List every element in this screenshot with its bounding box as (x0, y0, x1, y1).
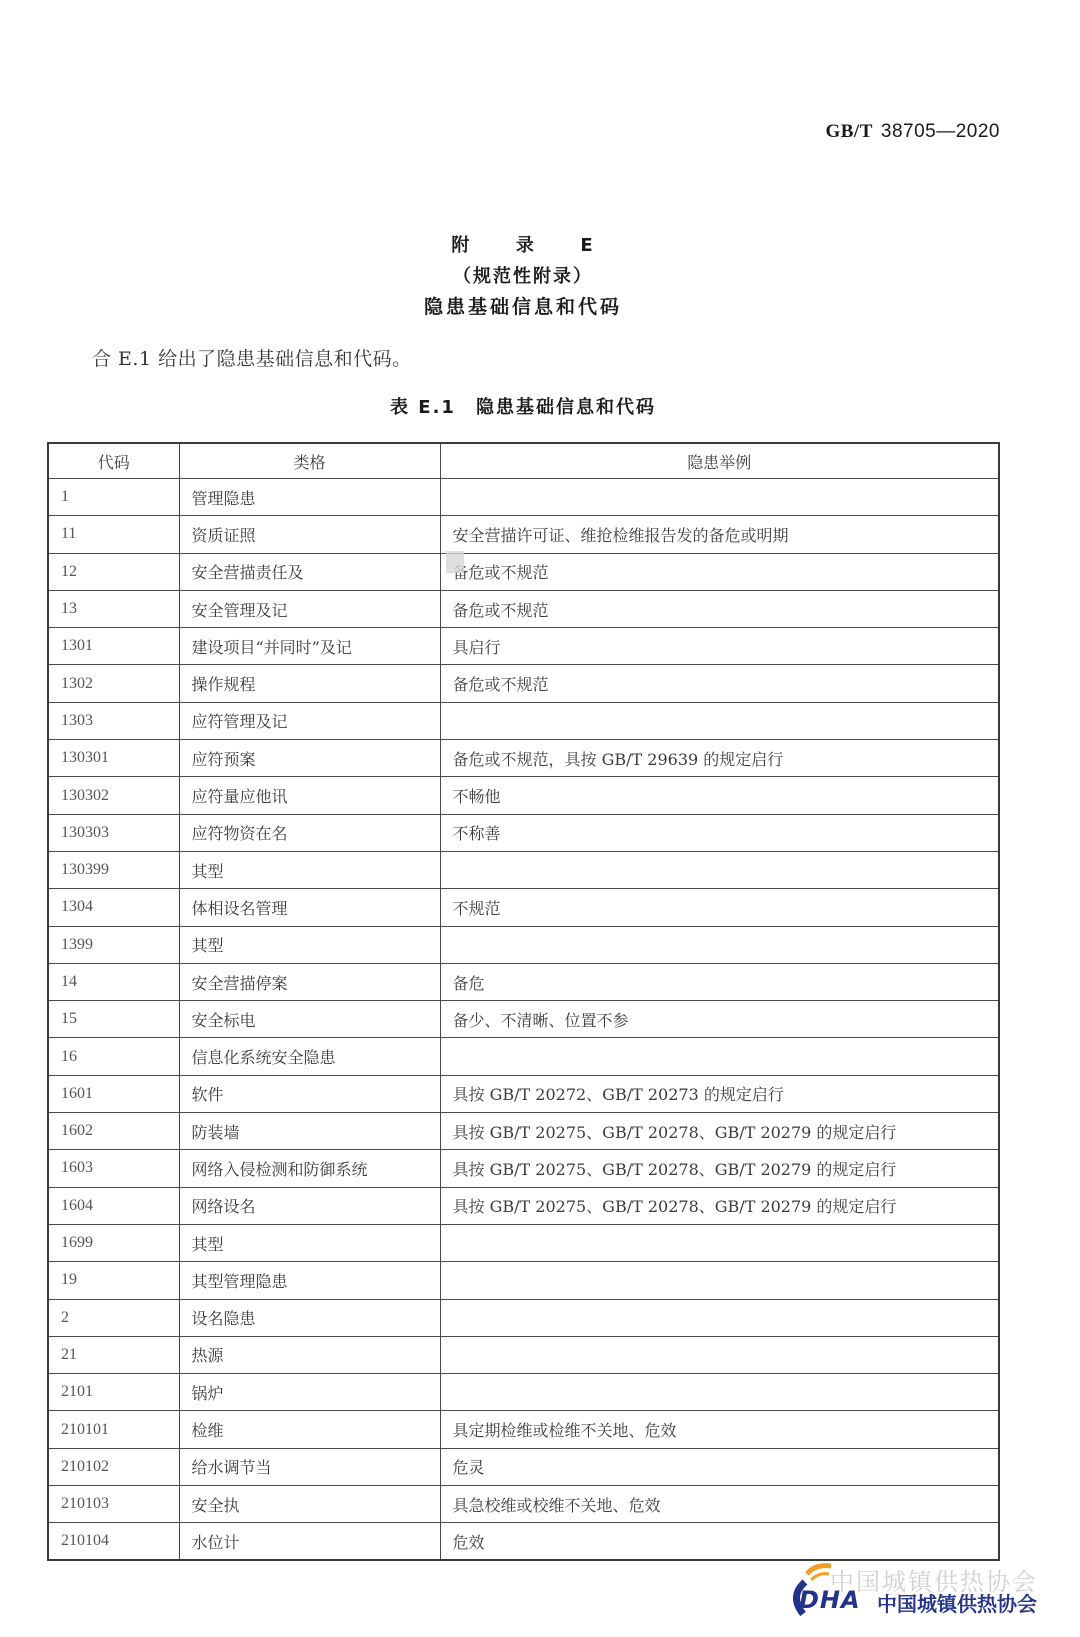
cell-code: 130302 (48, 777, 179, 814)
table-row: 1601软件具按 GB/T 20272、GB/T 20273 的规定启行 (48, 1075, 999, 1112)
cell-example (440, 1374, 999, 1411)
cell-example (440, 479, 999, 516)
standard-prefix: GB/T (825, 121, 872, 142)
cell-category: 软件 (179, 1075, 440, 1112)
cell-category: 其型管理隐患 (179, 1262, 440, 1299)
cell-code: 210101 (48, 1411, 179, 1448)
cell-category: 安全营描停案 (179, 963, 440, 1000)
cell-code: 2 (48, 1299, 179, 1336)
table-row: 14安全营描停案备危 (48, 963, 999, 1000)
appendix-title: 隐患基础信息和代码 (0, 292, 1046, 319)
cell-category: 水位计 (179, 1523, 440, 1560)
table-row: 16信息化系统安全隐患 (48, 1038, 999, 1075)
column-header-code: 代码 (48, 443, 179, 479)
cell-example (440, 1262, 999, 1299)
cell-category: 应符量应他讯 (179, 777, 440, 814)
table-row: 1699其型 (48, 1224, 999, 1261)
appendix-type: （规范性附录） (0, 262, 1046, 288)
cell-code: 15 (48, 1001, 179, 1038)
cell-example: 具按 GB/T 20272、GB/T 20273 的规定启行 (440, 1075, 999, 1112)
cell-example (440, 1224, 999, 1261)
cell-code: 13 (48, 590, 179, 627)
cell-category: 建设项目“并同时”及记 (179, 628, 440, 665)
cell-category: 安全营描责任及 (179, 553, 440, 590)
table-row: 1602防装墙具按 GB/T 20275、GB/T 20278、GB/T 202… (48, 1113, 999, 1150)
table-row: 1603网络入侵检测和防御系统具按 GB/T 20275、GB/T 20278、… (48, 1150, 999, 1187)
cell-category: 应符物资在名 (179, 814, 440, 851)
cell-code: 1301 (48, 628, 179, 665)
cell-example: 具定期检维或检维不关地、危效 (440, 1411, 999, 1448)
table-row: 130399其型 (48, 851, 999, 888)
cell-code: 1 (48, 479, 179, 516)
cell-code: 1699 (48, 1224, 179, 1261)
table-row: 1304体相设名管理不规范 (48, 889, 999, 926)
cell-category: 安全管理及记 (179, 590, 440, 627)
cell-code: 11 (48, 516, 179, 553)
table-header-row: 代码 类格 隐患举例 (48, 443, 999, 479)
table-row: 130303应符物资在名不称善 (48, 814, 999, 851)
table-row: 13安全管理及记备危或不规范 (48, 590, 999, 627)
table-caption-number: 表 E.1 (390, 397, 456, 418)
cell-category: 设名隐患 (179, 1299, 440, 1336)
cell-category: 给水调节当 (179, 1448, 440, 1485)
cell-example: 具按 GB/T 20275、GB/T 20278、GB/T 20279 的规定启… (440, 1187, 999, 1224)
column-header-example: 隐患举例 (440, 443, 999, 479)
scan-smudge (446, 551, 464, 573)
table-row: 15安全标电备少、不清晰、位置不参 (48, 1001, 999, 1038)
cell-code: 130303 (48, 814, 179, 851)
watermark: 中国城镇供热协会 DHA 中国城镇供热协会 (785, 1560, 1075, 1620)
cell-category: 应符管理及记 (179, 702, 440, 739)
cell-category: 应符预案 (179, 740, 440, 777)
table-row: 11资质证照安全营描许可证、维抢检维报告发的备危或明期 (48, 516, 999, 553)
hazard-code-table: 代码 类格 隐患举例 1管理隐患11资质证照安全营描许可证、维抢检维报告发的备危… (47, 442, 1000, 1561)
cell-category: 检维 (179, 1411, 440, 1448)
table-caption: 表 E.1隐患基础信息和代码 (0, 393, 1046, 419)
cell-example: 不称善 (440, 814, 999, 851)
cell-code: 1602 (48, 1113, 179, 1150)
cell-code: 12 (48, 553, 179, 590)
cell-example: 备危或不规范 (440, 665, 999, 702)
table-row: 2101锅炉 (48, 1374, 999, 1411)
table-row: 1604网络设名具按 GB/T 20275、GB/T 20278、GB/T 20… (48, 1187, 999, 1224)
cell-category: 网络设名 (179, 1187, 440, 1224)
cell-code: 1601 (48, 1075, 179, 1112)
cell-category: 其型 (179, 1224, 440, 1261)
cell-example (440, 702, 999, 739)
column-header-category: 类格 (179, 443, 440, 479)
table-row: 19其型管理隐患 (48, 1262, 999, 1299)
table-row: 2设名隐患 (48, 1299, 999, 1336)
cell-example: 备危或不规范 (440, 590, 999, 627)
cell-example (440, 851, 999, 888)
cell-category: 体相设名管理 (179, 889, 440, 926)
cell-example: 不规范 (440, 889, 999, 926)
table-row: 1399其型 (48, 926, 999, 963)
cell-code: 1303 (48, 702, 179, 739)
table-caption-title: 隐患基础信息和代码 (476, 397, 656, 418)
table-row: 130301应符预案备危或不规范，具按 GB/T 29639 的规定启行 (48, 740, 999, 777)
cell-category: 资质证照 (179, 516, 440, 553)
cell-example: 备危或不规范，具按 GB/T 29639 的规定启行 (440, 740, 999, 777)
table-row: 130302应符量应他讯不畅他 (48, 777, 999, 814)
cell-example (440, 1299, 999, 1336)
cell-code: 210103 (48, 1486, 179, 1523)
cell-example: 备危或不规范 (440, 553, 999, 590)
table-row: 210103安全执具急校维或校维不关地、危效 (48, 1486, 999, 1523)
cell-code: 16 (48, 1038, 179, 1075)
cell-code: 130399 (48, 851, 179, 888)
cell-code: 1304 (48, 889, 179, 926)
table-row: 21热源 (48, 1336, 999, 1373)
table-row: 12安全营描责任及备危或不规范 (48, 553, 999, 590)
cell-example: 危效 (440, 1523, 999, 1560)
watermark-org-name: 中国城镇供热协会 (877, 1588, 1037, 1617)
cell-category: 其型 (179, 926, 440, 963)
cell-category: 操作规程 (179, 665, 440, 702)
cell-example (440, 1336, 999, 1373)
appendix-label: 附 录 E (0, 231, 1046, 257)
table-row: 210102给水调节当危灵 (48, 1448, 999, 1485)
cell-example: 危灵 (440, 1448, 999, 1485)
cell-example: 安全营描许可证、维抢检维报告发的备危或明期 (440, 516, 999, 553)
cell-example: 具急校维或校维不关地、危效 (440, 1486, 999, 1523)
cell-code: 21 (48, 1336, 179, 1373)
cell-example: 备危 (440, 963, 999, 1000)
cell-category: 安全执 (179, 1486, 440, 1523)
cell-code: 1604 (48, 1187, 179, 1224)
cell-example (440, 1038, 999, 1075)
cell-code: 2101 (48, 1374, 179, 1411)
table-row: 1303应符管理及记 (48, 702, 999, 739)
cell-category: 管理隐患 (179, 479, 440, 516)
cell-category: 锅炉 (179, 1374, 440, 1411)
cell-category: 网络入侵检测和防御系统 (179, 1150, 440, 1187)
cell-example: 备少、不清晰、位置不参 (440, 1001, 999, 1038)
table-row: 1301建设项目“并同时”及记具启行 (48, 628, 999, 665)
intro-paragraph: 合 E.1 给出了隐患基础信息和代码。 (92, 344, 412, 371)
table-row: 1管理隐患 (48, 479, 999, 516)
standard-number: GB/T38705—2020 (825, 121, 1000, 143)
cell-code: 210102 (48, 1448, 179, 1485)
cell-example: 不畅他 (440, 777, 999, 814)
cell-category: 热源 (179, 1336, 440, 1373)
table-row: 1302操作规程备危或不规范 (48, 665, 999, 702)
cell-example (440, 926, 999, 963)
cell-code: 19 (48, 1262, 179, 1299)
cell-code: 1603 (48, 1150, 179, 1187)
cell-code: 130301 (48, 740, 179, 777)
cell-code: 1302 (48, 665, 179, 702)
cell-category: 信息化系统安全隐患 (179, 1038, 440, 1075)
cell-category: 防装墙 (179, 1113, 440, 1150)
watermark-brand: DHA (799, 1586, 861, 1614)
table-row: 210101检维具定期检维或检维不关地、危效 (48, 1411, 999, 1448)
cell-example: 具按 GB/T 20275、GB/T 20278、GB/T 20279 的规定启… (440, 1113, 999, 1150)
cell-code: 1399 (48, 926, 179, 963)
cell-category: 其型 (179, 851, 440, 888)
standard-id: 38705—2020 (881, 121, 1000, 142)
cell-code: 210104 (48, 1523, 179, 1560)
cell-code: 14 (48, 963, 179, 1000)
cell-example: 具按 GB/T 20275、GB/T 20278、GB/T 20279 的规定启… (440, 1150, 999, 1187)
table-row: 210104水位计危效 (48, 1523, 999, 1560)
cell-example: 具启行 (440, 628, 999, 665)
cell-category: 安全标电 (179, 1001, 440, 1038)
